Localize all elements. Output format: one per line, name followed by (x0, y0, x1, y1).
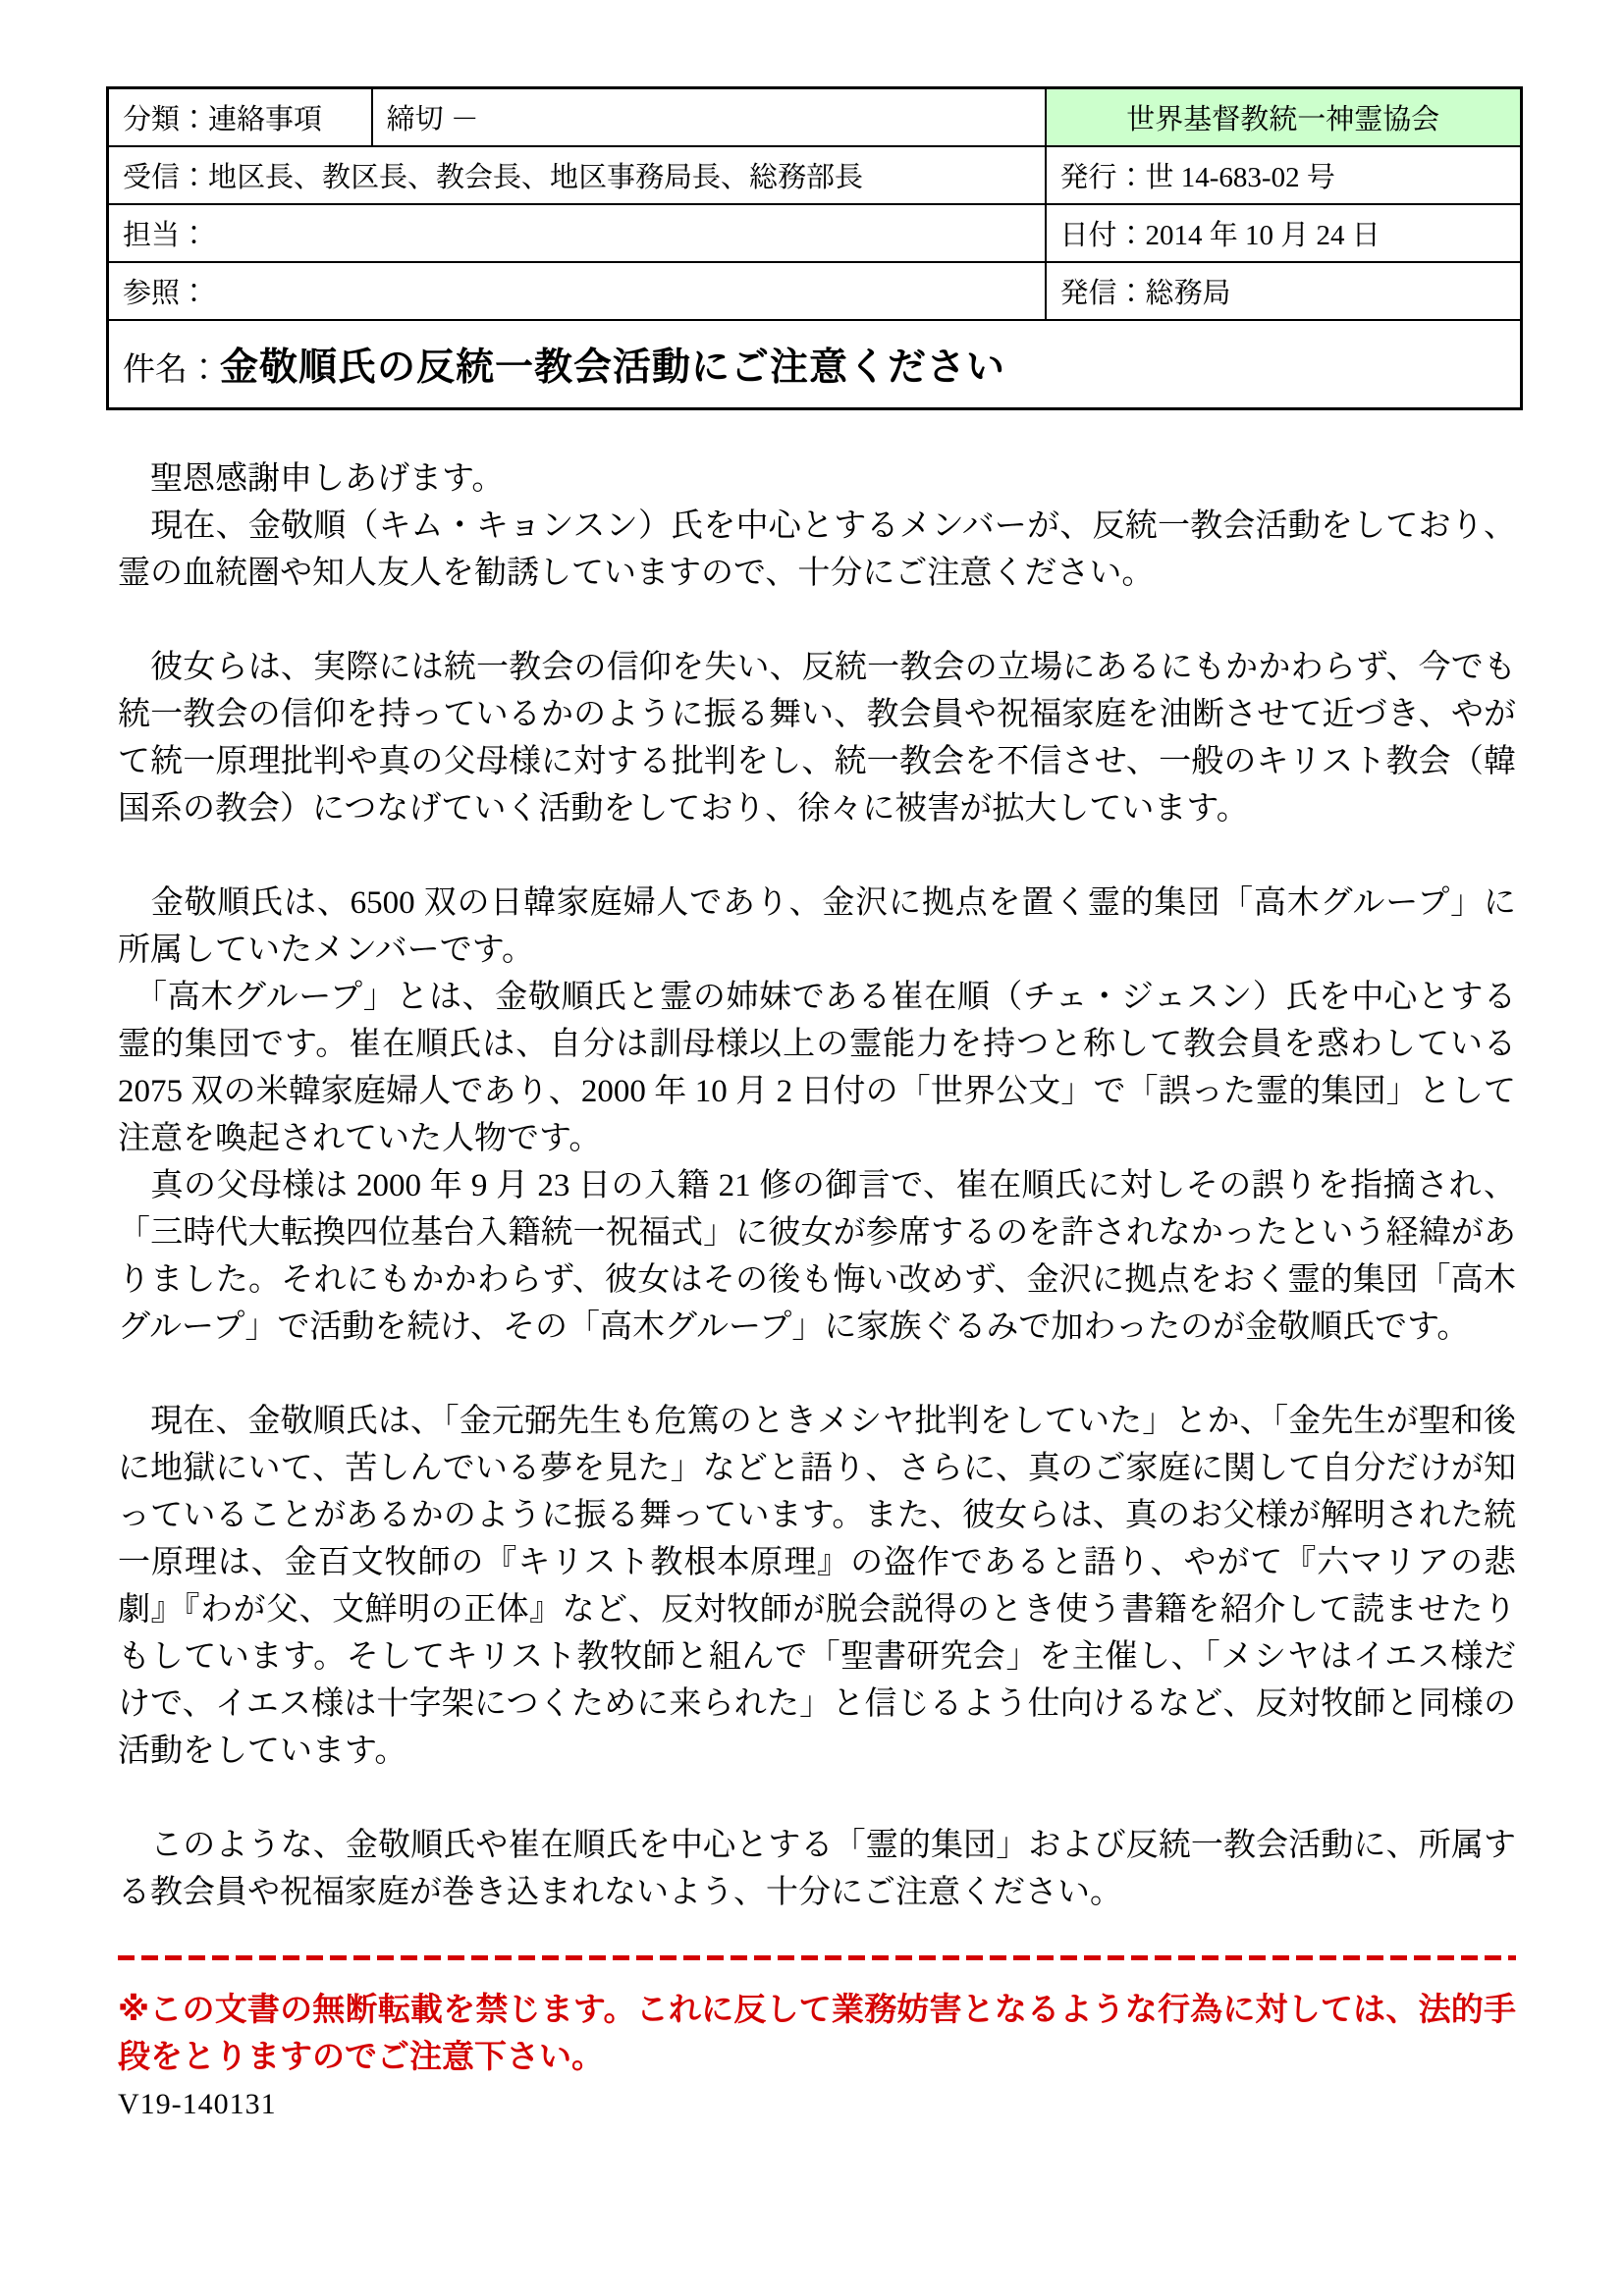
body-block-conclusion: このような、金敬順氏や崔在順氏を中心とする「霊的集団」および反統一教会活動に、所… (118, 1822, 1516, 1916)
document-header-table: 分類：連絡事項 締切 － 世界基督教統一神霊協会 受信：地区長、教区長、教会長、… (106, 86, 1523, 410)
subject-label: 件名： (123, 352, 220, 388)
paragraph: 「高木グループ」とは、金敬順氏と霊の姉妹である崔在順（チェ・ジェスン）氏を中心と… (118, 974, 1516, 1162)
paragraph: 現在、金敬順氏は、「金元弼先生も危篤のときメシヤ批判をしていた」とか、「金先生が… (118, 1398, 1516, 1775)
table-row-recipients: 受信：地区長、教区長、教会長、地区事務局長、総務部長 発行：世 14-683-0… (108, 146, 1522, 204)
paragraph: 真の父母様は 2000 年 9 月 23 日の入籍 21 修の御言で、崔在順氏に… (118, 1162, 1516, 1351)
red-dashed-separator (118, 1955, 1516, 1960)
reference-cell: 参照： (108, 262, 1046, 320)
paragraph: このような、金敬順氏や崔在順氏を中心とする「霊的集団」および反統一教会活動に、所… (118, 1822, 1516, 1916)
table-row-reference: 参照： 発信：総務局 (108, 262, 1522, 320)
table-row-classification: 分類：連絡事項 締切 － 世界基督教統一神霊協会 (108, 88, 1522, 147)
body-block-activities: 彼女らは、実際には統一教会の信仰を失い、反統一教会の立場にあるにもかかわらず、今… (118, 644, 1516, 832)
document-code: V19-140131 (118, 2088, 1520, 2121)
category-cell: 分類：連絡事項 (108, 88, 372, 147)
deadline-cell: 締切 － (372, 88, 1046, 147)
table-row-staff: 担当： 日付：2014 年 10 月 24 日 (108, 204, 1522, 262)
warning-text: ※この文書の無断転載を禁じます。これに反して業務妨害となるような行為に対しては、… (118, 1986, 1516, 2080)
paragraph: 彼女らは、実際には統一教会の信仰を失い、反統一教会の立場にあるにもかかわらず、今… (118, 644, 1516, 832)
subject-cell: 件名：金敬順氏の反統一教会活動にご注意ください (108, 320, 1522, 408)
document-body: 聖恩感謝申しあげます。 現在、金敬順（キム・キョンスン）氏を中心とするメンバーが… (118, 455, 1516, 1916)
paragraph: 現在、金敬順（キム・キョンスン）氏を中心とするメンバーが、反統一教会活動をしてお… (118, 503, 1516, 597)
issue-number-cell: 発行：世 14-683-02 号 (1046, 146, 1522, 204)
sender-cell: 発信：総務局 (1046, 262, 1522, 320)
paragraph: 聖恩感謝申しあげます。 (118, 455, 1516, 503)
table-row-subject: 件名：金敬順氏の反統一教会活動にご注意ください (108, 320, 1522, 408)
body-block-background: 金敬順氏は、6500 双の日韓家庭婦人であり、金沢に拠点を置く霊的集団「高木グル… (118, 880, 1516, 1351)
org-name-cell: 世界基督教統一神霊協会 (1046, 88, 1522, 147)
body-block-greeting: 聖恩感謝申しあげます。 現在、金敬順（キム・キョンスン）氏を中心とするメンバーが… (118, 455, 1516, 597)
body-block-current-claims: 現在、金敬順氏は、「金元弼先生も危篤のときメシヤ批判をしていた」とか、「金先生が… (118, 1398, 1516, 1775)
recipients-cell: 受信：地区長、教区長、教会長、地区事務局長、総務部長 (108, 146, 1046, 204)
staff-cell: 担当： (108, 204, 1046, 262)
date-cell: 日付：2014 年 10 月 24 日 (1046, 204, 1522, 262)
document-page: 分類：連絡事項 締切 － 世界基督教統一神霊協会 受信：地区長、教区長、教会長、… (0, 0, 1624, 2121)
subject-text: 金敬順氏の反統一教会活動にご注意ください (220, 347, 1005, 389)
paragraph: 金敬順氏は、6500 双の日韓家庭婦人であり、金沢に拠点を置く霊的集団「高木グル… (118, 880, 1516, 974)
